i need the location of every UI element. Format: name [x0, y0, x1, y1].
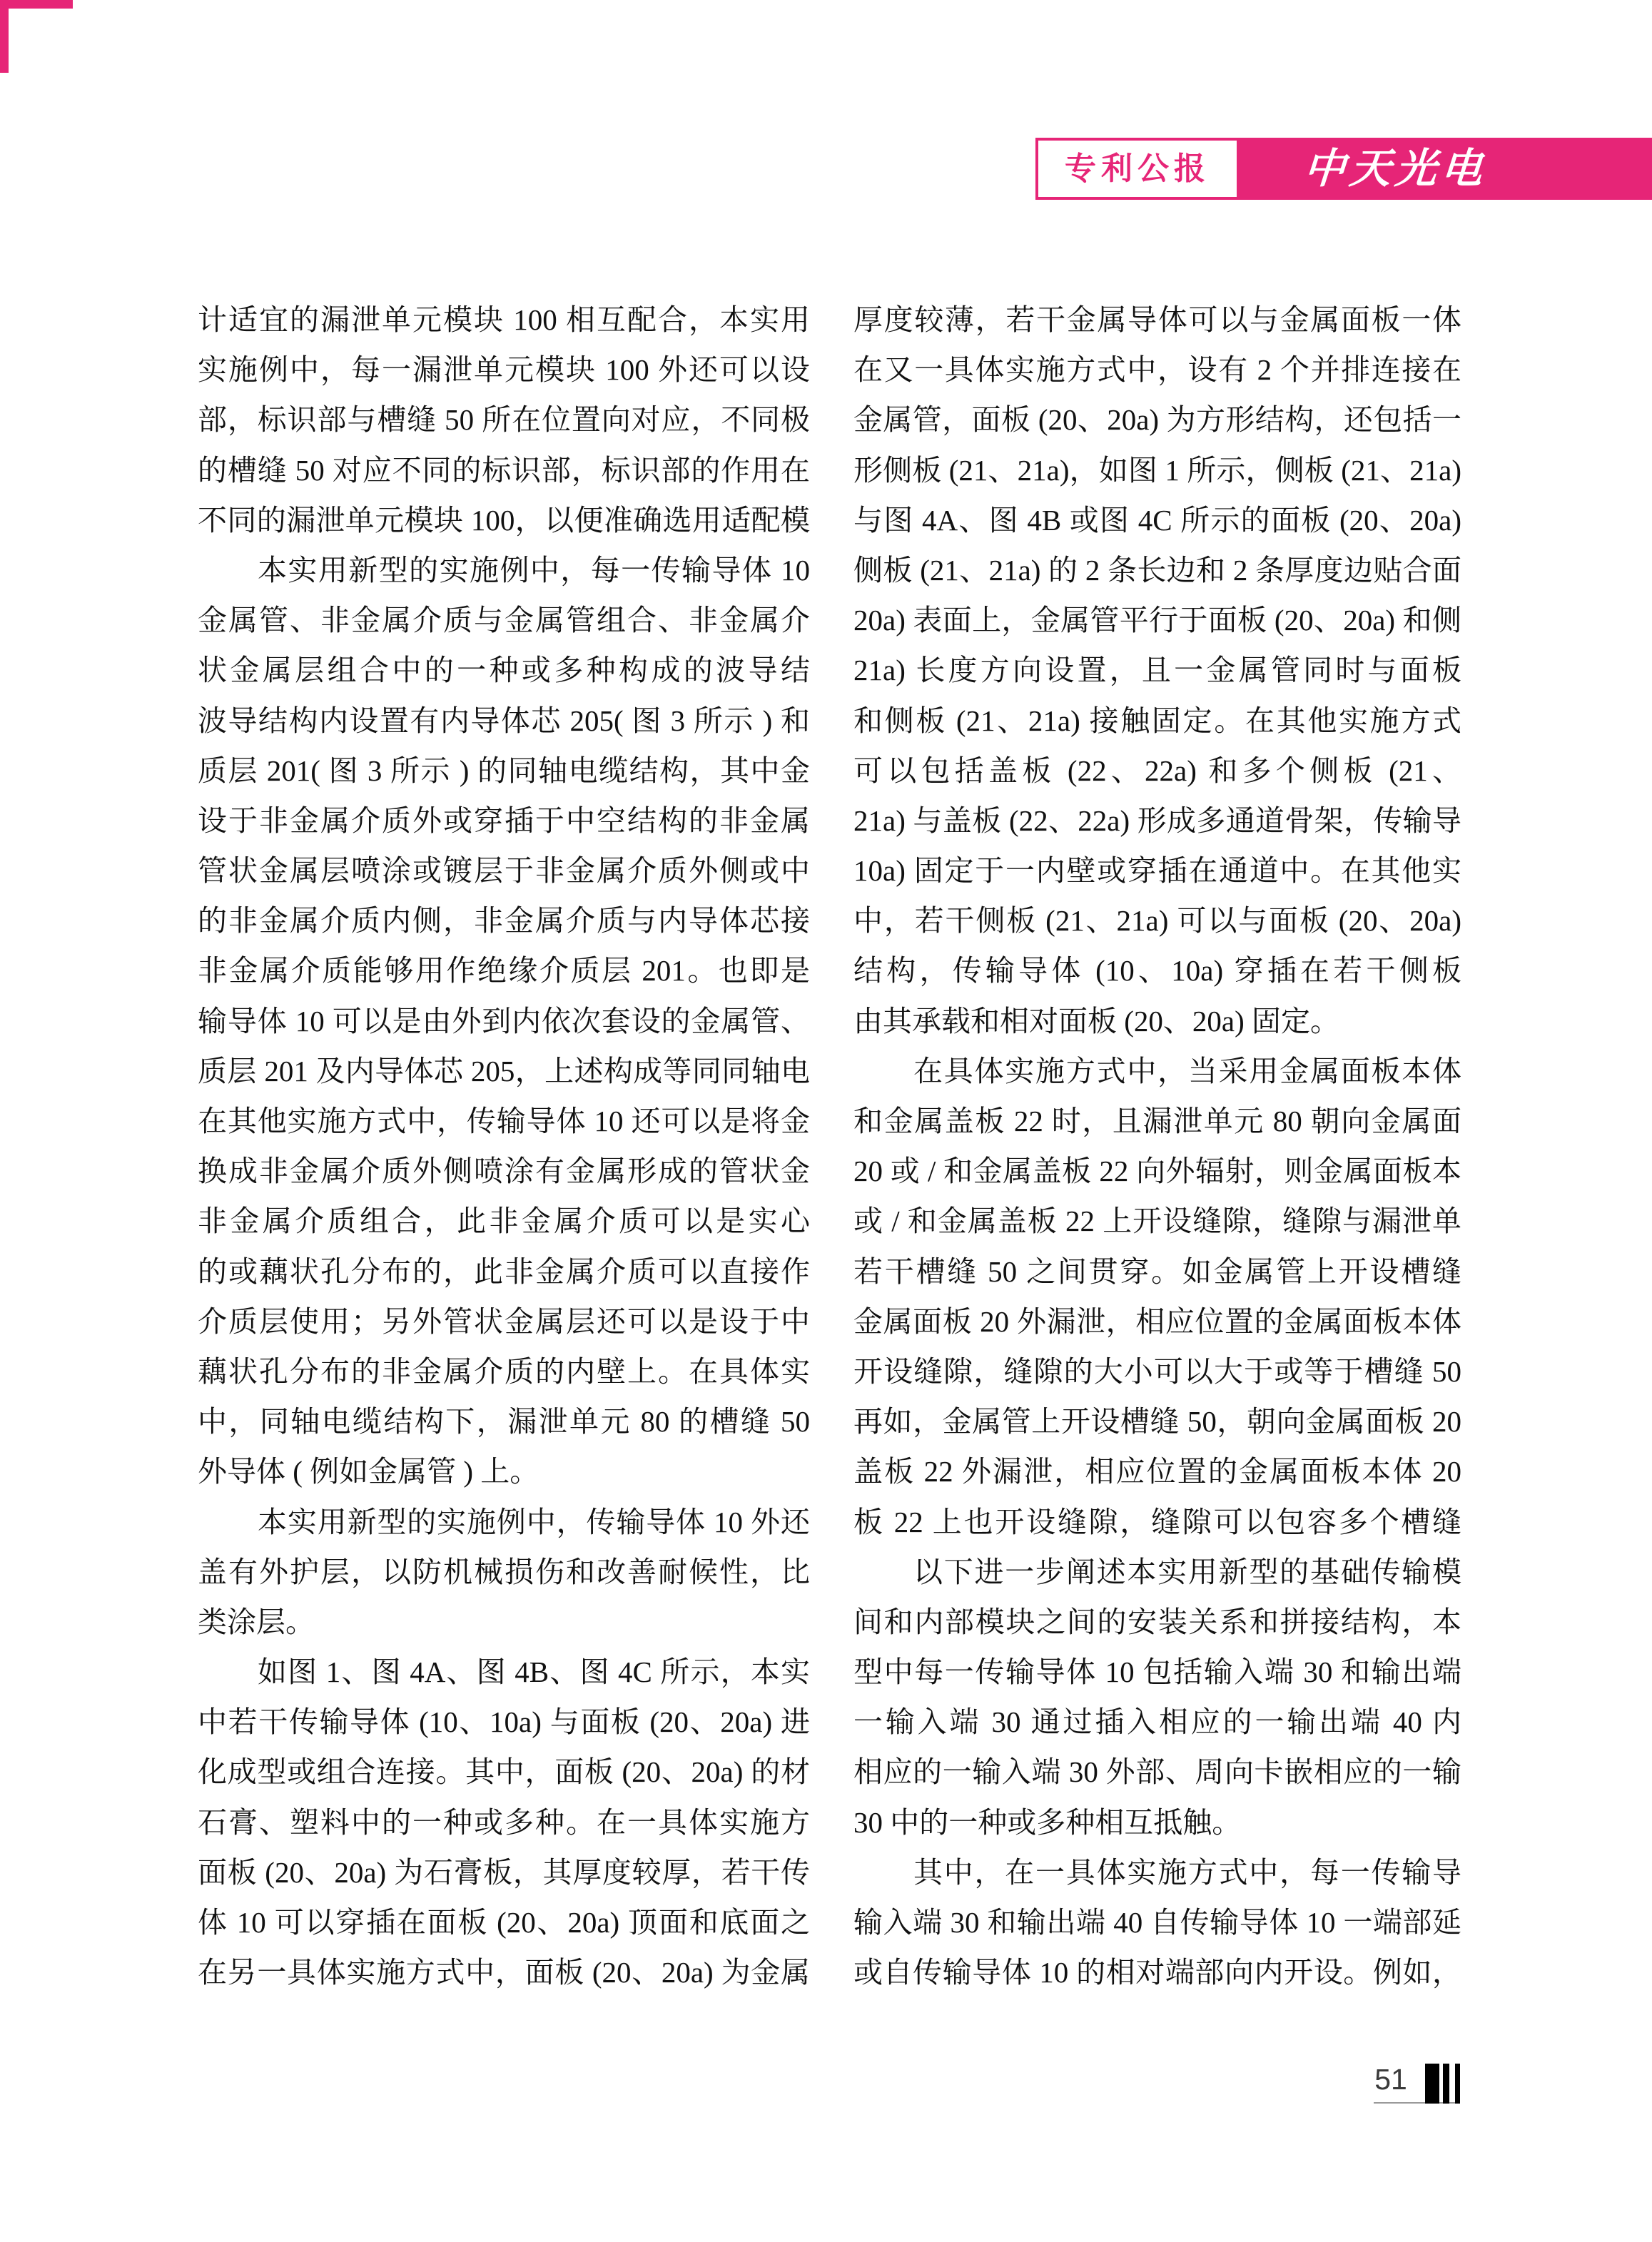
gazette-badge: 专利公报 [1035, 138, 1240, 200]
text-line: 的或藕状孔分布的，此非金属介质可以直接作为绝缘 [198, 1247, 810, 1297]
text-line: 厚度较薄，若干金属导体可以与金属面板一体成型； [853, 295, 1461, 345]
text-line: 计适宜的漏泄单元模块 100 相互配合，本实用新型的 [198, 295, 810, 345]
text-line: 一输入端 30 通过插入相应的一输出端 40 内部、套入 [853, 1697, 1461, 1747]
text-line: 金属管、非金属介质与金属管组合、非金属介质与管 [198, 595, 810, 645]
corner-crop-mark-horizontal [0, 0, 73, 9]
text-line: 侧板 (21、21a) 的 2 条长边和 2 条厚度边贴合面板 (20、 [853, 545, 1461, 595]
footer-bar-thick [1425, 2064, 1439, 2104]
text-line: 的槽缝 50 对应不同的标识部，标识部的作用在于区分 [198, 445, 810, 495]
text-line: 在又一具体实施方式中，设有 2 个并排连接在一起的 [853, 345, 1461, 395]
text-line: 实施例中，每一漏泄单元模块 100 外还可以设有标识 [198, 345, 810, 395]
text-line: 盖有外护层，以防机械损伤和改善耐候性，比如聚酯 [198, 1547, 810, 1597]
corner-crop-mark-vertical [0, 0, 9, 73]
text-line: 输导体 10 可以是由外到内依次套设的金属管、绝缘介 [198, 996, 810, 1046]
text-line: 结构，传输导体 (10、10a) 穿插在若干侧板 (21、21a) 上， [853, 945, 1461, 995]
text-line: 的非金属介质内侧，非金属介质与内导体芯接触时， [198, 896, 810, 945]
text-line: 质层 201 及内导体芯 205，上述构成等同同轴电缆结构。 [198, 1046, 810, 1096]
text-line: 在另一具体实施方式中，面板 (20、20a) 为金属板， [198, 1947, 810, 1997]
text-line: 介质层使用；另外管状金属层还可以是设于中空的或 [198, 1297, 810, 1346]
text-line: 体 10 可以穿插在面板 (20、20a) 顶面和底面之间固定； [198, 1897, 810, 1947]
text-line: 非金属介质能够用作绝缘介质层 201。也即是说，传 [198, 945, 810, 995]
text-line: 中，同轴电缆结构下，漏泄单元 80 的槽缝 50 开设在 [198, 1396, 810, 1446]
text-line: 石膏、塑料中的一种或多种。在一具体实施方式中， [198, 1797, 810, 1847]
text-line: 可以包括盖板 (22、22a) 和多个侧板 (21、21a)，侧板 (21、 [853, 746, 1461, 796]
text-line: 若干槽缝 50 之间贯穿。如金属管上开设槽缝 50，朝向 [853, 1247, 1461, 1297]
text-line: 藕状孔分布的非金属介质的内壁上。在具体实施方式 [198, 1346, 810, 1396]
text-line: 以下进一步阐述本实用新型的基础传输模块 1 之 [853, 1547, 1461, 1597]
text-line: 和侧板 (21、21a) 接触固定。在其他实施方式中，还 [853, 696, 1461, 746]
text-line: 管状金属层喷涂或镀层于非金属介质外侧或中空结构 [198, 846, 810, 896]
text-line: 换成非金属介质外侧喷涂有金属形成的管状金属层和 [198, 1146, 810, 1196]
text-line: 如图 1、图 4A、图 4B、图 4C 所示，本实用新型 [198, 1647, 810, 1697]
text-line: 间和内部模块之间的安装关系和拼接结构，本实用新 [853, 1597, 1461, 1647]
text-line: 或 / 和金属盖板 22 上开设缝隙，缝隙与漏泄单元 80 上 [853, 1196, 1461, 1246]
text-line: 由其承载和相对面板 (20、20a) 固定。 [853, 996, 1461, 1046]
text-line: 相应的一输入端 30 外部、周向卡嵌相应的一输入端 [853, 1747, 1461, 1797]
text-line: 形侧板 (21、21a)，如图 1 所示，侧板 (21、21a) 长度 [853, 445, 1461, 495]
text-line: 质层 201( 图 3 所示 ) 的同轴电缆结构，其中金属管套 [198, 746, 810, 796]
text-line: 或自传输导体 10 的相对端部向内开设。例如，情形一， [853, 1947, 1461, 1997]
text-line: 20 或 / 和金属盖板 22 向外辐射，则金属面板本体 20 [853, 1146, 1461, 1196]
text-line: 型中每一传输导体 10 包括输入端 30 和输出端 40，每 [853, 1647, 1461, 1697]
text-line: 20a) 表面上，金属管平行于面板 (20、20a) 和侧板 (21、 [853, 595, 1461, 645]
text-line: 10a) 固定于一内壁或穿插在通道中。在其他实施方式 [853, 846, 1461, 896]
text-line: 盖板 22 外漏泄，相应位置的金属面板本体 20 和金属盖 [853, 1446, 1461, 1496]
text-line: 在其他实施方式中，传输导体 10 还可以是将金属管替 [198, 1096, 810, 1146]
text-line: 30 中的一种或多种相互抵触。 [853, 1797, 1461, 1847]
text-line: 其中，在一具体实施方式中，每一传输导体 10 的 [853, 1847, 1461, 1897]
patent-gazette-page: 专利公报 中天光电 计适宜的漏泄单元模块 100 相互配合，本实用新型的实施例中… [0, 0, 1652, 2242]
text-line: 金属面板 20 外漏泄，相应位置的金属面板本体 20 上也 [853, 1297, 1461, 1346]
text-line: 化成型或组合连接。其中，面板 (20、20a) 的材料为金属、 [198, 1747, 810, 1797]
text-line: 板 22 上也开设缝隙，缝隙可以包容多个槽缝 50。 [853, 1497, 1461, 1547]
text-line: 本实用新型的实施例中，传输导体 10 外还可以覆 [198, 1497, 810, 1547]
footer-bars [1425, 2064, 1460, 2104]
text-line: 波导结构内设置有内导体芯 205( 图 3 所示 ) 和绝缘介 [198, 696, 810, 746]
text-line: 中，若干侧板 (21、21a) 可以与面板 (20、20a) 为一体 [853, 896, 1461, 945]
text-line: 21a) 与盖板 (22、22a) 形成多通道骨架，传输导体 (10、 [853, 796, 1461, 846]
text-line: 在具体实施方式中，当采用金属面板本体 20 或 / [853, 1046, 1461, 1096]
brand-bar: 中天光电 [1240, 138, 1652, 200]
text-line: 类涂层。 [198, 1597, 810, 1647]
text-line: 输入端 30 和输出端 40 自传输导体 10 一端部延伸出， [853, 1897, 1461, 1947]
text-line: 金属管，面板 (20、20a) 为方形结构，还包括一长条 [853, 395, 1461, 445]
text-line: 和金属盖板 22 时，且漏泄单元 80 朝向金属面板本体 [853, 1096, 1461, 1146]
footer-bar-thin [1455, 2064, 1460, 2104]
text-line: 面板 (20、20a) 为石膏板，其厚度较厚，若干传输导 [198, 1847, 810, 1897]
text-line: 与图 4A、图 4B 或图 4C 所示的面板 (20、20a) 的相当， [853, 495, 1461, 545]
text-line: 状金属层组合中的一种或多种构成的波导结构，以及 [198, 645, 810, 695]
brand-logo: 中天光电 [1238, 148, 1488, 190]
text-line: 开设缝隙，缝隙的大小可以大于或等于槽缝 50 的大小。 [853, 1346, 1461, 1396]
text-line: 不同的漏泄单元模块 100，以便准确选用适配模块。 [198, 495, 810, 545]
page-number: 51 [1369, 2065, 1413, 2094]
text-line: 外导体 ( 例如金属管 ) 上。 [198, 1446, 810, 1496]
text-line: 21a) 长度方向设置，且一金属管同时与面板 (20、20a) [853, 645, 1461, 695]
text-line: 部，标识部与槽缝 50 所在位置向对应，不同极化形式 [198, 395, 810, 445]
right-text-column: 厚度较薄，若干金属导体可以与金属面板一体成型；在又一具体实施方式中，设有 2 个… [853, 295, 1461, 1997]
footer-bar-medium [1443, 2064, 1449, 2104]
text-line: 再如，金属管上开设槽缝 50，朝向金属面板 20 和金属 [853, 1396, 1461, 1446]
text-line: 设于非金属介质外或穿插于中空结构的非金属介质内， [198, 796, 810, 846]
gazette-badge-label: 专利公报 [1065, 153, 1210, 185]
text-line: 中若干传输导体 (10、10a) 与面板 (20、20a) 进行一体 [198, 1697, 810, 1747]
left-text-column: 计适宜的漏泄单元模块 100 相互配合，本实用新型的实施例中，每一漏泄单元模块 … [198, 295, 810, 1997]
text-line: 非金属介质组合，此非金属介质可以是实心的、中空 [198, 1196, 810, 1246]
text-line: 本实用新型的实施例中，每一传输导体 10 包括 [198, 545, 810, 595]
